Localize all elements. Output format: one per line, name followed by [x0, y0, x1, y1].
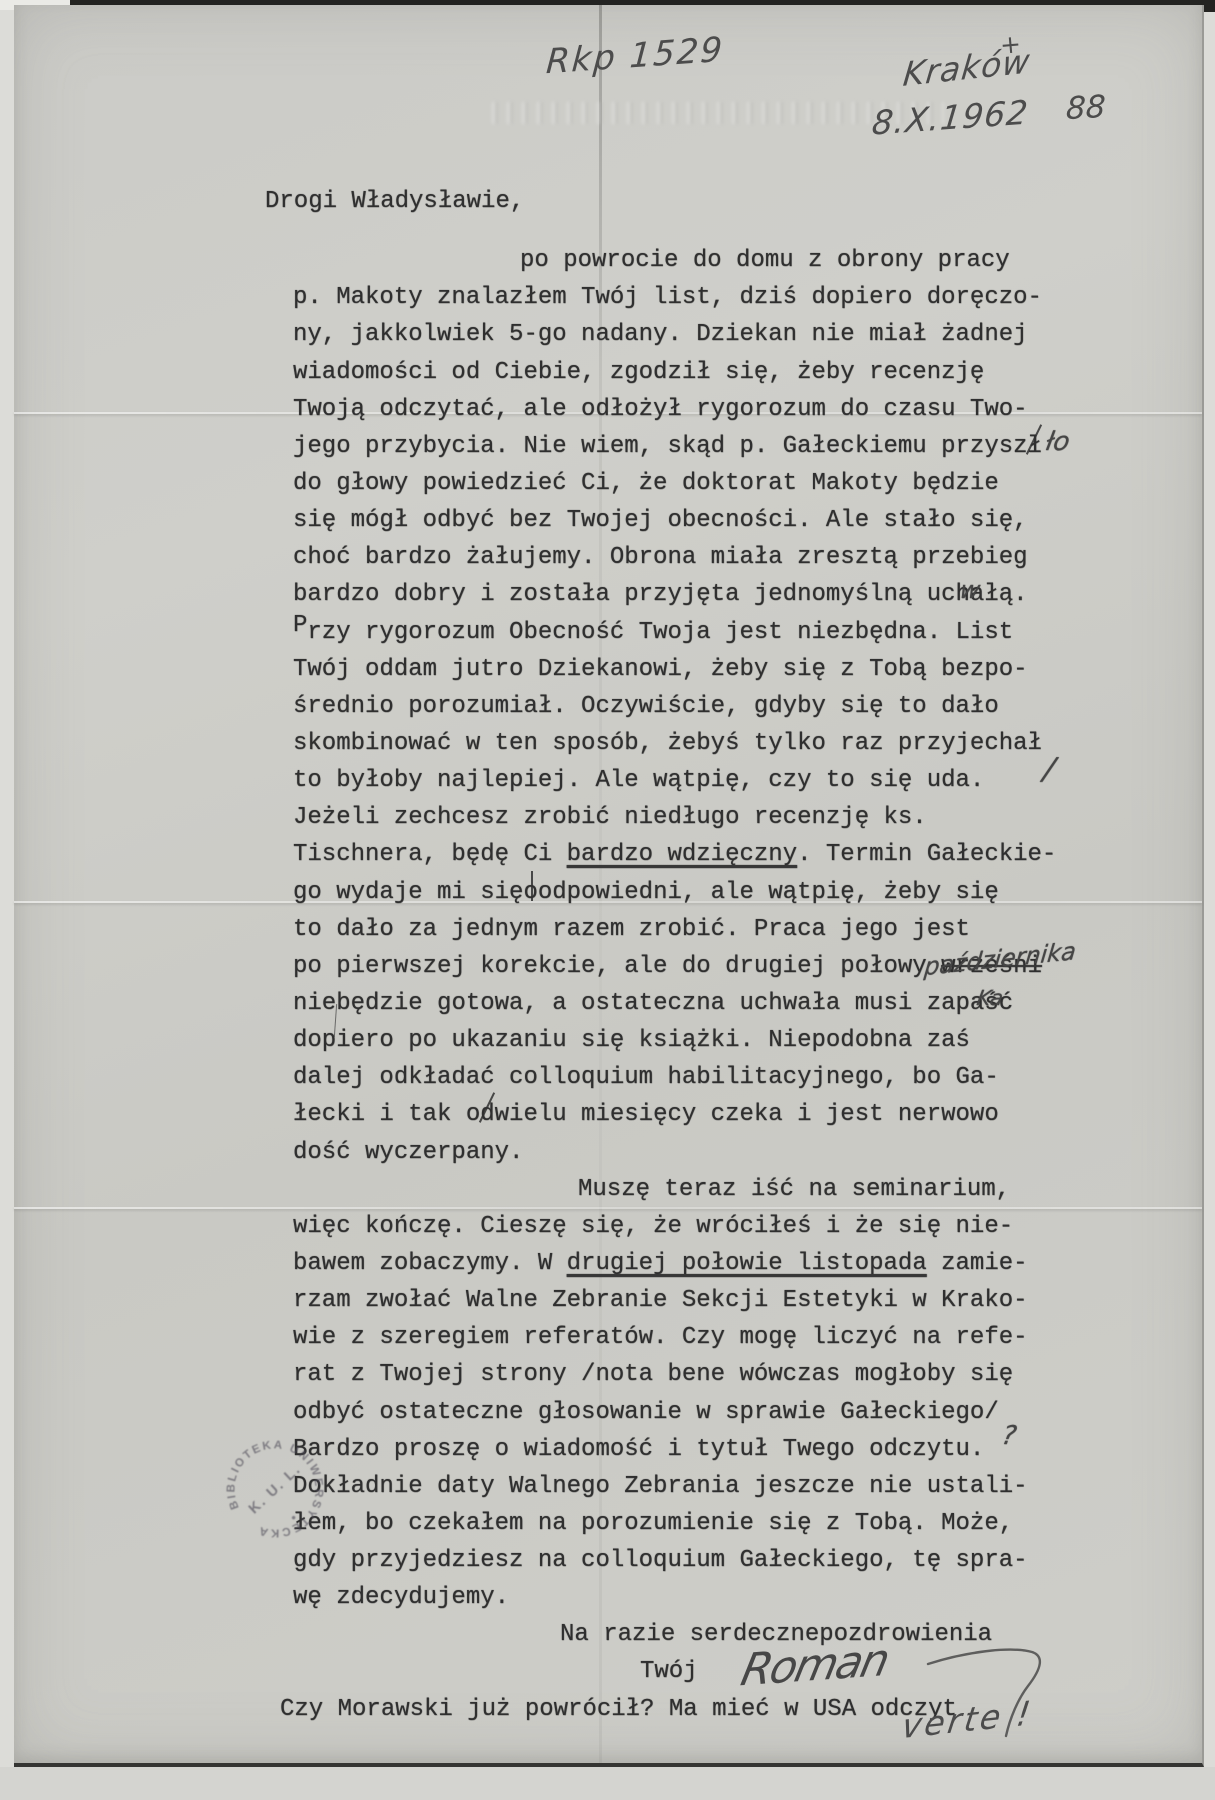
letter-line: odbyć ostateczne głosowanie w sprawie Ga…: [293, 1394, 1056, 1431]
letter-line: dość wyczerpany.: [293, 1134, 1056, 1171]
scan-bottom-strip: [0, 1767, 1215, 1800]
letter-line: to dało za jednym razem zrobić. Praca je…: [293, 911, 1056, 948]
overstruck-char: o: [523, 874, 537, 911]
letter-line: łem, bo czekałem na porozumienie się z T…: [293, 1505, 1056, 1542]
letter-line: Przy rygorozum Obecność Twoja jest niezb…: [293, 614, 1056, 651]
letter-line: go wydaje mi sięoodpowiedni, ale wątpię,…: [293, 874, 1056, 911]
letter-line: wiadomości od Ciebie, zgodził się, żeby …: [293, 354, 1056, 391]
letter-line: Muszę teraz iść na seminarium,: [578, 1171, 1056, 1208]
letter-line: Bardzo proszę o wiadomość i tytuł Twego …: [293, 1431, 1056, 1468]
letter-line: Twoją odczytać, ale odłożył rygorozum do…: [293, 391, 1056, 428]
underlined-phrase: bardzo wdzięczny: [567, 841, 797, 868]
letter-line: rzam zwołać Walne Zebranie Sekcji Estety…: [293, 1282, 1056, 1319]
letter-line: choć bardzo żałujemy. Obrona miała zresz…: [293, 539, 1056, 576]
letter-line: po powrocie do domu z obrony pracy: [520, 242, 1056, 279]
letter-line: bardzo dobry i została przyjęta jednomyś…: [293, 576, 1056, 613]
stamp-dot: [291, 1515, 296, 1520]
overstruck-char: ł: [1028, 428, 1042, 465]
letter-line: bawem zobaczymy. W drugiej połowie listo…: [293, 1245, 1056, 1282]
signature: Roman: [737, 1634, 893, 1696]
salutation: Drogi Władysławie,: [265, 183, 1056, 220]
letter-line: wę zdecydujemy.: [293, 1579, 1056, 1616]
letter-line: po pierwszej korekcie, ale do drugiej po…: [293, 948, 1056, 985]
letter-line: więc kończę. Cieszę się, że wróciłeś i ż…: [293, 1208, 1056, 1245]
letter-line: gdy przyjedziesz na colloquium Gałeckieg…: [293, 1542, 1056, 1579]
letter-line: niebędzie gotowa, a ostateczna uchwała m…: [293, 985, 1056, 1022]
letter-line: Dokładnie daty Walnego Zebrania jeszcze …: [293, 1468, 1056, 1505]
underlined-phrase: drugiej połowie listopada: [567, 1250, 927, 1277]
letter-line: dalej odkładać colloquium habilitacyjneg…: [293, 1059, 1056, 1096]
letter-line: skombinować w ten sposób, żebyś tylko ra…: [293, 725, 1056, 762]
letter-line: dopiero po ukazaniu się książki. Niepodo…: [293, 1022, 1056, 1059]
letter-line: się mógł odbyć bez Twojej obecności. Ale…: [293, 502, 1056, 539]
letter-line: rat z Twojej strony /nota bene wówczas m…: [293, 1356, 1056, 1393]
letter-line: to byłoby najlepiej. Ale wątpię, czy to …: [293, 762, 1056, 799]
letter-line: jego przybycia. Nie wiem, skąd p. Gałeck…: [293, 428, 1056, 465]
stamp-center-text: K. U. L.: [246, 1461, 305, 1517]
overstruck-char: d: [480, 1096, 494, 1133]
letter-body: Drogi Władysławie, po powrocie do domu z…: [293, 183, 1056, 1728]
letter-line: ny, jakkolwiek 5-go nadany. Dziekan nie …: [293, 316, 1056, 353]
letter-line: do głowy powiedzieć Ci, że doktorat Mako…: [293, 465, 1056, 502]
letter-line: wie z szeregiem referatów. Czy mogę licz…: [293, 1319, 1056, 1356]
page-number-annotation: 88: [1065, 89, 1106, 127]
cross-mark-annotation: +: [999, 29, 1022, 60]
letter-line: p. Makoty znalazłem Twój list, dziś dopi…: [293, 279, 1056, 316]
letter-line: Twój oddam jutro Dziekanowi, żeby się z …: [293, 651, 1056, 688]
letter-line: łecki i tak odwielu miesięcy czeka i jes…: [293, 1096, 1056, 1133]
letter-line: Jeżeli zechcesz zrobić niedługo recenzję…: [293, 799, 1056, 836]
scanned-letter-page: Rkp 1529 Kraków + 8.X.1962 88 Drogi Wład…: [0, 0, 1215, 1800]
letter-line: średnio porozumiał. Oczywiście, gdyby si…: [293, 688, 1056, 725]
letter-line: Tischnera, będę Ci bardzo wdzięczny. Ter…: [293, 836, 1056, 873]
